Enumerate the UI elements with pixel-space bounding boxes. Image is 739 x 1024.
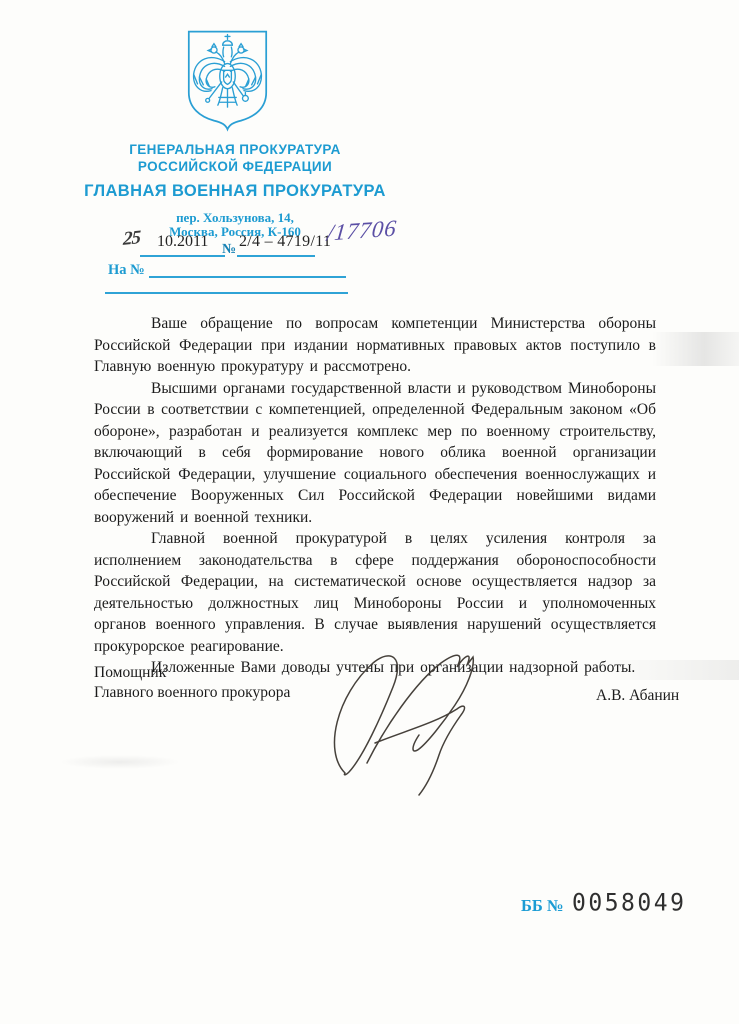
scan-artifact: [652, 332, 739, 366]
form-series-label: ББ №: [521, 896, 564, 916]
signer-title: Помощник Главного военного прокурора: [94, 663, 290, 703]
coat-of-arms-icon: [183, 27, 272, 133]
signer-title-line-2: Главного военного прокурора: [94, 683, 290, 703]
scan-artifact: [60, 755, 180, 769]
handwritten-day: 25: [123, 227, 141, 251]
org-line-2: РОССИЙСКОЙ ФЕДЕРАЦИИ: [88, 159, 382, 176]
number-underline: [237, 255, 315, 257]
letterhead-department: ГЛАВНАЯ ВОЕННАЯ ПРОКУРАТУРА: [78, 182, 392, 201]
body-paragraph: Ваше обращение по вопросам компетенции М…: [94, 313, 656, 378]
outgoing-number: 2/4 – 4719/11: [239, 233, 331, 251]
signature-ink: [315, 643, 515, 798]
signer-title-line-1: Помощник: [94, 663, 290, 683]
org-line-1: ГЕНЕРАЛЬНАЯ ПРОКУРАТУРА: [88, 142, 382, 159]
body-paragraph: Главной военной прокуратурой в целях уси…: [94, 528, 656, 657]
letterhead-org-name: ГЕНЕРАЛЬНАЯ ПРОКУРАТУРА РОССИЙСКОЙ ФЕДЕР…: [88, 142, 382, 175]
incoming-number-label: На №: [108, 262, 145, 279]
handwritten-registration-number: /17706: [326, 215, 398, 246]
body-paragraph: Высшими органами государственной власти …: [94, 378, 656, 529]
signatory-name: А.В. Абанин: [596, 687, 679, 705]
reference-line: [105, 292, 348, 294]
incoming-number-line: [149, 276, 346, 278]
form-serial-number: 0058049: [572, 889, 686, 916]
scanned-letter-page: ГЕНЕРАЛЬНАЯ ПРОКУРАТУРА РОССИЙСКОЙ ФЕДЕР…: [0, 0, 739, 1024]
date-printed: 10.2011: [157, 233, 208, 251]
date-underline: [140, 255, 225, 257]
letter-body: Ваше обращение по вопросам компетенции М…: [94, 313, 656, 679]
